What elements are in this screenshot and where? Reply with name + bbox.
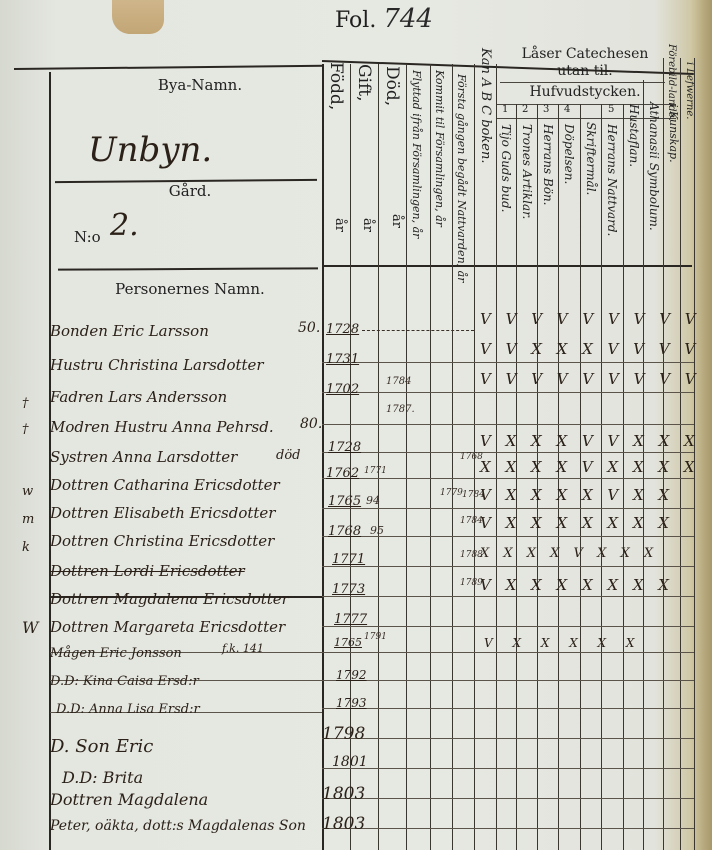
paper-bookmark-tab — [112, 0, 164, 34]
main-part-label-2: Trones Artiklar. — [520, 124, 534, 219]
catechism-marks-8: V X X X X X X X — [480, 514, 674, 532]
married-year-6: 1771 — [364, 466, 387, 476]
born-year-10: 1773 — [332, 582, 365, 597]
col-married-heading: Gift, — [354, 64, 374, 102]
col-born-heading: Född, — [326, 62, 346, 110]
main-part-label-5: Skriftermål. — [584, 122, 598, 195]
person-name-9-struck: Dottren Lordi Ericsdotter — [50, 562, 245, 580]
parish-register-page: Fol. 744 Bya-Namn. Unbyn. Gård. N:o 2. P… — [0, 0, 712, 850]
catechism-marks-2: V V X X X V V V V — [480, 340, 700, 358]
main-part-label-1: Tijo Guds bud. — [499, 124, 513, 212]
moved-in-year-7: 1779 — [440, 488, 463, 498]
born-year-unit: år — [332, 218, 347, 232]
person-note-5: död — [276, 448, 300, 463]
col-first-communion-heading: Första gången begådt Nattvarden, år — [455, 74, 468, 282]
born-year-16: 1801 — [332, 754, 368, 770]
person-name-10: Dottren Magdalena Ericsdotter — [50, 590, 289, 608]
born-year-9: 1771 — [332, 552, 365, 567]
col-knowledge-heading: i Kunskap. — [667, 104, 680, 163]
col-hustaflan-heading: Hustaflan. — [627, 104, 641, 167]
catechism-marks-6: X X X X V X X X X — [480, 458, 699, 476]
person-note-12: f.k. 141 — [222, 642, 264, 655]
col-athanasii-heading: Athanasii Symbolum. — [647, 102, 661, 231]
catechism-marks-12: V X X X X X — [484, 636, 642, 650]
col-moved-in-heading: Kommit til Församlingen, år — [433, 70, 446, 227]
person-name-8: Dottren Christina Ericsdotter — [50, 532, 274, 550]
person-name-1: Bonden Eric Larsson — [50, 322, 209, 340]
main-parts-heading: Hufvudstycken. — [505, 84, 665, 100]
married-year-unit: år — [360, 218, 375, 232]
married-year-7: 94 — [366, 494, 380, 507]
born-year-7: 1765 — [328, 494, 361, 509]
died-year-unit: år — [389, 214, 404, 228]
row-7-margin-mark: m — [22, 512, 34, 527]
village-label: Bya-Namn. — [120, 76, 280, 94]
person-name-4: Modren Hustru Anna Pehrsd. — [50, 418, 274, 436]
born-year-17: 1803 — [322, 784, 365, 804]
folio-number: Fol. 744 — [335, 4, 433, 34]
row-11-margin-mark: W — [22, 618, 38, 637]
main-part-label-3: Herrans Bön. — [541, 124, 555, 205]
person-name-7: Dottren Elisabeth Ericsdotter — [50, 504, 275, 522]
person-name-11: Dottren Margareta Ericsdotter — [50, 618, 285, 636]
born-year-18: 1803 — [322, 814, 365, 834]
row-3-margin-mark: † — [22, 396, 29, 411]
born-year-8: 1768 — [328, 524, 361, 539]
born-year-5: 1728 — [328, 440, 361, 455]
main-part-num-5: 5 — [608, 104, 614, 115]
catechism-marks-3: V V V V V V V V V — [480, 370, 701, 388]
born-year-12: 1765 — [334, 636, 362, 649]
born-year-2: 1731 — [326, 352, 359, 367]
married-year-8: 95 — [370, 524, 384, 537]
person-name-17: Dottren Magdalena — [50, 790, 208, 809]
main-part-num-4: 4 — [564, 104, 570, 115]
col-abc-heading: Kan A B C boken. — [478, 48, 493, 163]
main-part-label-6: Herrans Nattvard. — [605, 124, 619, 236]
folio-prefix: Fol. — [335, 8, 376, 33]
person-name-14: D.D: Anna Lisa Ersd:r — [56, 702, 200, 717]
person-name-15: D. Son Eric — [50, 736, 153, 757]
catechism-marks-7: V X X X X V X X — [480, 486, 674, 504]
person-name-16: D.D: Brita — [62, 768, 143, 787]
farm-label: Gård. — [140, 182, 240, 200]
catechism-group-heading: Låser Catechesen utan til. — [505, 46, 665, 80]
born-year-1: 1728 — [326, 322, 359, 337]
person-name-12: Mågen Eric Jonsson — [50, 646, 182, 661]
persons-label: Personernes Namn. — [90, 280, 290, 298]
main-part-label-4: Döpelsen. — [562, 124, 576, 184]
person-name-6: Dottren Catharina Ericsdotter — [50, 476, 280, 494]
died-year-4: 1787. — [386, 404, 415, 415]
person-note-4: 80. — [300, 416, 322, 432]
born-year-3: 1702 — [326, 382, 359, 397]
person-name-18: Peter, oäkta, dott:s Magdalenas Son — [50, 818, 306, 834]
catechism-marks-5: V X X X V V X X X — [480, 432, 700, 450]
born-year-6: 1762 — [326, 466, 359, 481]
person-name-13: D.D: Kina Caisa Ersd:r — [50, 674, 199, 689]
row-4-margin-mark: † — [22, 422, 29, 437]
main-part-num-3: 3 — [543, 104, 549, 115]
catechism-marks-10: V X X X X X X X — [480, 576, 674, 594]
main-part-num-1: 1 — [502, 104, 508, 115]
catechism-marks-9: X X X X V X X X — [480, 546, 658, 561]
folio-value: 744 — [383, 4, 433, 34]
farm-number-value: 2. — [110, 208, 139, 243]
person-name-5: Systren Anna Larsdotter — [50, 448, 237, 466]
col-moved-out-heading: Flyttad ifrån Församlingen, år — [410, 70, 423, 238]
farm-number-label: N:o — [74, 228, 101, 246]
village-name: Unbyn. — [88, 130, 212, 170]
married-year-12: 1791 — [364, 632, 387, 642]
born-year-11: 1777 — [334, 612, 367, 627]
col-died-heading: Död, — [382, 66, 402, 106]
main-part-num-2: 2 — [522, 104, 528, 115]
row-1-dash-line — [362, 330, 474, 331]
catechism-marks-1: V V V V V V V V V — [480, 310, 701, 328]
born-year-15: 1798 — [322, 724, 365, 744]
row-6-margin-mark: w — [22, 484, 33, 499]
person-name-3: Fadren Lars Andersson — [50, 388, 227, 406]
died-year-3: 1784 — [386, 376, 411, 387]
person-name-2: Hustru Christina Larsdotter — [50, 356, 264, 374]
born-year-14: 1793 — [336, 696, 367, 710]
person-note-1: 50. — [298, 320, 320, 336]
born-year-13: 1792 — [336, 668, 367, 682]
row-8-margin-mark: k — [22, 540, 30, 555]
